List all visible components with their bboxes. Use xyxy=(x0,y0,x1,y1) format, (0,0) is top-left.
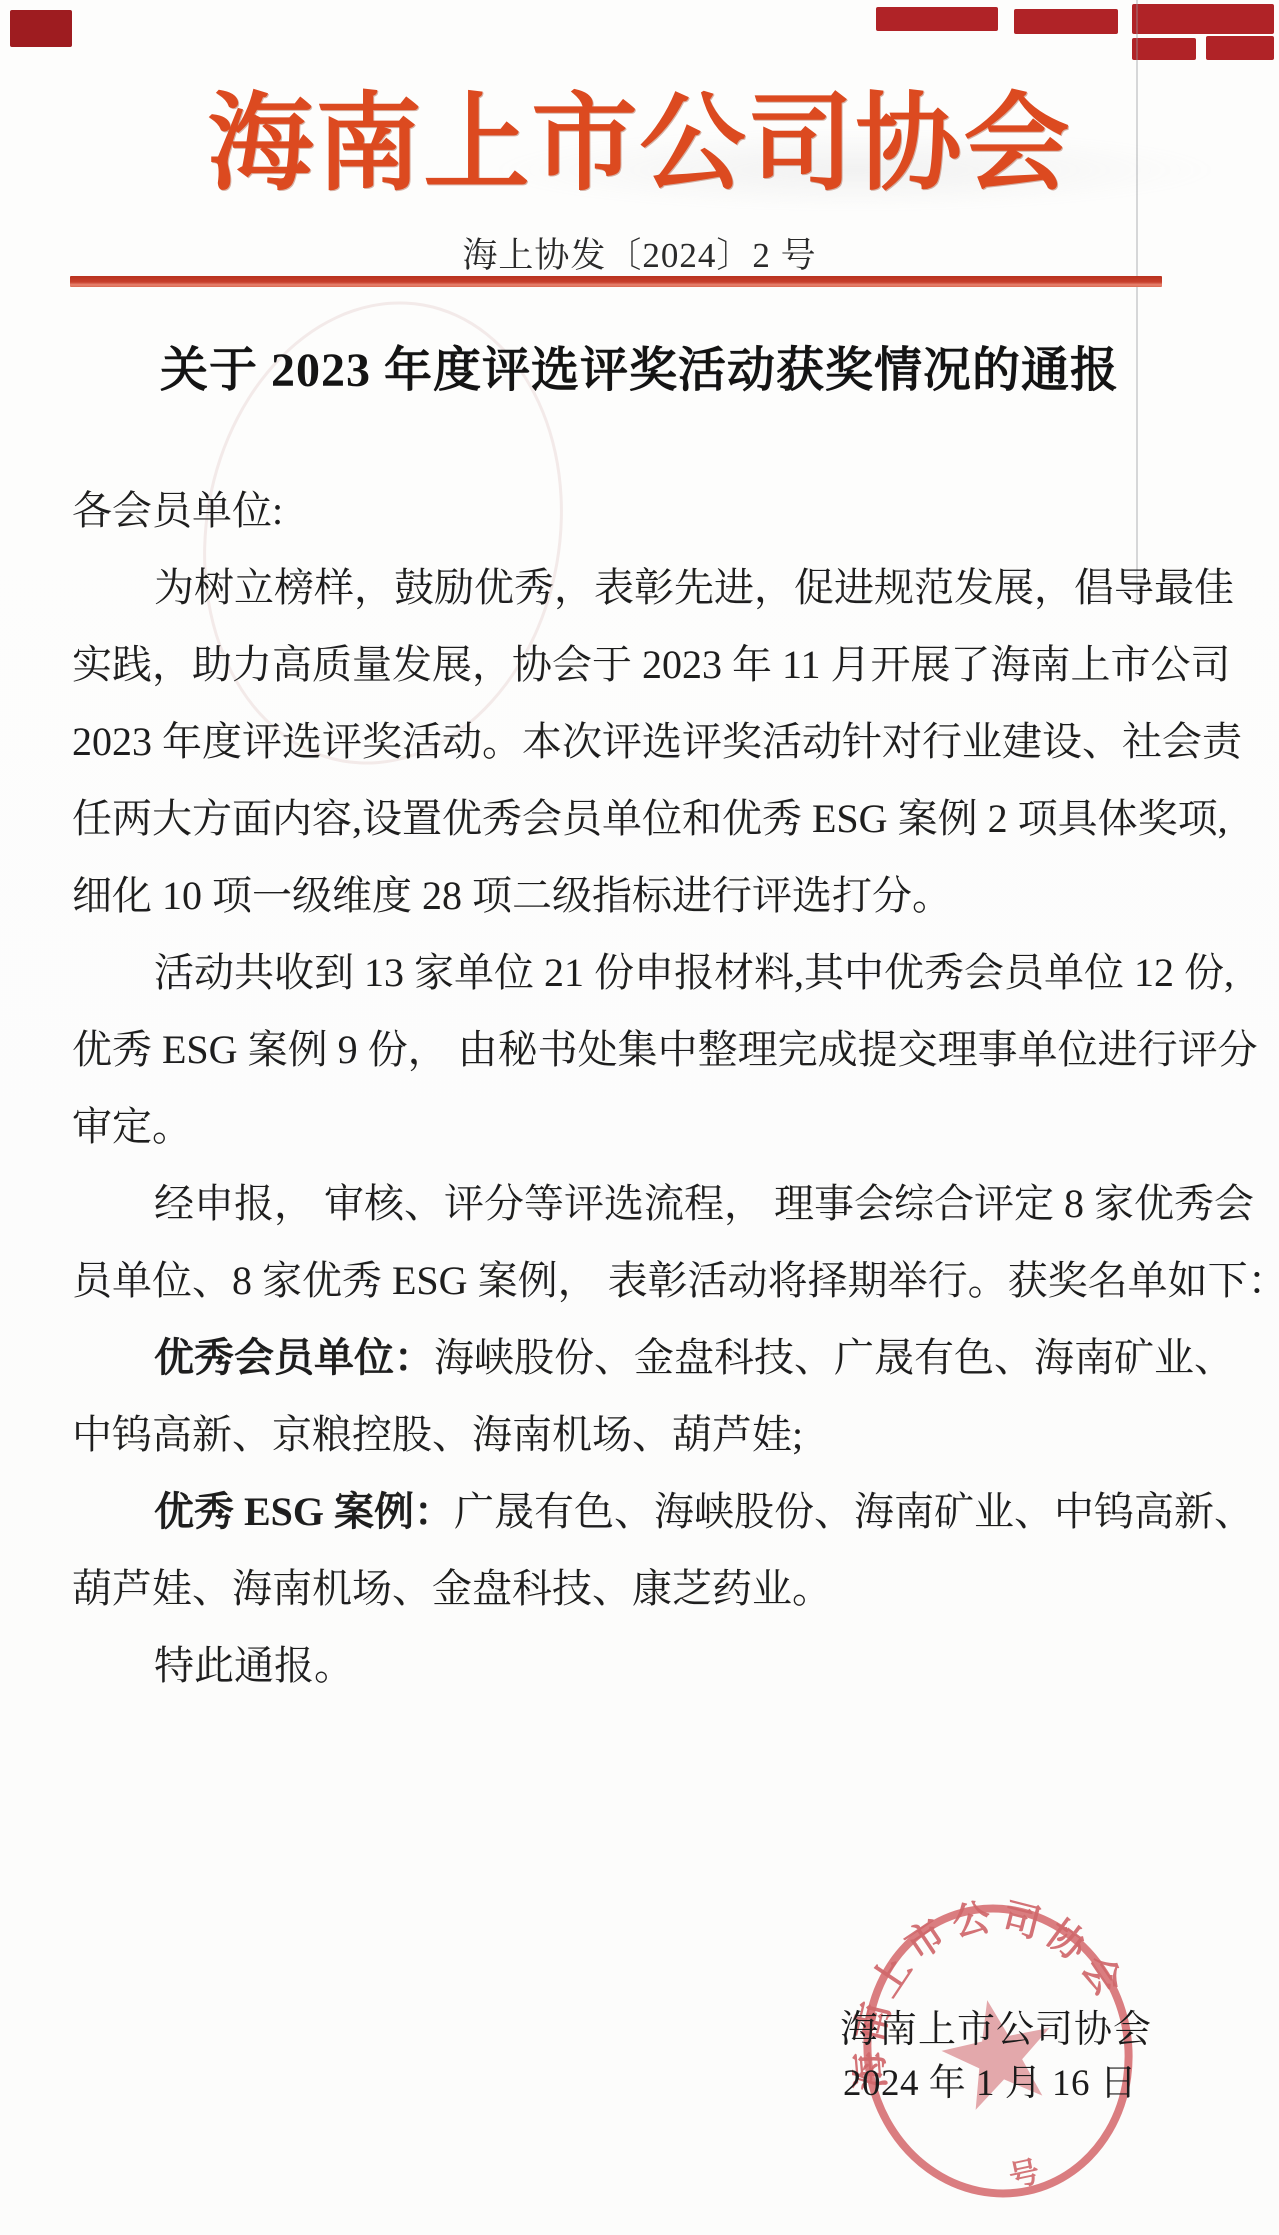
body-line: 优秀会员单位：海峡股份、金盘科技、广晟有色、海南矿业、 xyxy=(72,1335,1279,1381)
redaction-block-top-right-2 xyxy=(1014,9,1118,34)
redaction-block-top-right-5 xyxy=(1206,36,1274,60)
body-line: 活动共收到 13 家单位 21 份申报材料,其中优秀会员单位 12 份, xyxy=(72,950,1279,996)
org-title: 海南上市公司协会 xyxy=(0,84,1279,206)
body-line: 2023 年度评选评奖活动。本次评选评奖活动针对行业建设、社会责 xyxy=(72,719,1232,765)
body-line-text: 优秀 ESG 案例 9 份， 由秘书处集中整理完成提交理事单位进行评分 xyxy=(72,1027,1258,1072)
body-line-text: 任两大方面内容,设置优秀会员单位和优秀 ESG 案例 2 项具体奖项, xyxy=(72,796,1228,841)
body-line-text: 中钨高新、京粮控股、海南机场、葫芦娃; xyxy=(72,1412,803,1457)
body-line: 优秀 ESG 案例：广晟有色、海峡股份、海南矿业、中钨高新、 xyxy=(72,1489,1279,1535)
body-line: 经申报， 审核、评分等评选流程， 理事会综合评定 8 家优秀会 xyxy=(72,1181,1279,1227)
body-line-text: 为树立榜样，鼓励优秀，表彰先进，促进规范发展，倡导最佳 xyxy=(154,565,1234,610)
body-line-text: 海峡股份、金盘科技、广晟有色、海南矿业、 xyxy=(434,1335,1234,1380)
body-line: 审定。 xyxy=(72,1104,1232,1150)
signature-org: 海南上市公司协会 xyxy=(840,1998,1152,2053)
body-line-text: 实践，助力高质量发展，协会于 2023 年 11 月开展了海南上市公司 xyxy=(72,642,1231,687)
body-line: 中钨高新、京粮控股、海南机场、葫芦娃; xyxy=(72,1412,1232,1458)
signature-date: 2024 年 1 月 16 日 xyxy=(843,2052,1137,2106)
redaction-block-top-right-4 xyxy=(1132,38,1196,60)
body-line-text: 细化 10 项一级维度 28 项二级指标进行评选打分。 xyxy=(72,873,952,918)
body-line-lead: 优秀 ESG 案例： xyxy=(154,1489,454,1534)
body-line: 葫芦娃、海南机场、金盘科技、康芝药业。 xyxy=(72,1566,1232,1612)
body-line: 员单位、8 家优秀 ESG 案例， 表彰活动将择期举行。获奖名单如下： xyxy=(72,1258,1232,1304)
body-line: 优秀 ESG 案例 9 份， 由秘书处集中整理完成提交理事单位进行评分 xyxy=(72,1027,1232,1073)
body-line-text: 员单位、8 家优秀 ESG 案例， 表彰活动将择期举行。获奖名单如下： xyxy=(72,1258,1279,1303)
redaction-block-top-right-3 xyxy=(1132,4,1274,34)
body-line: 细化 10 项一级维度 28 项二级指标进行评选打分。 xyxy=(72,873,1232,919)
body-line: 各会员单位: xyxy=(72,488,1232,534)
body-line-text: 广晟有色、海峡股份、海南矿业、中钨高新、 xyxy=(454,1489,1254,1534)
redaction-block-top-left xyxy=(10,10,72,47)
body-line-text: 各会员单位: xyxy=(72,488,283,533)
document-page: 海南上市公司协会 海上协发〔2024〕2 号 关于 2023 年度评选评奖活动获… xyxy=(0,0,1279,2235)
body-line-text: 葫芦娃、海南机场、金盘科技、康芝药业。 xyxy=(72,1566,832,1611)
body-line-lead: 优秀会员单位： xyxy=(154,1335,434,1380)
body-line: 实践，助力高质量发展，协会于 2023 年 11 月开展了海南上市公司 xyxy=(72,642,1232,688)
body-line-text: 特此通报。 xyxy=(154,1643,354,1688)
notice-heading: 关于 2023 年度评选评奖活动获奖情况的通报 xyxy=(0,340,1279,402)
body-line-text: 经申报， 审核、评分等评选流程， 理事会综合评定 8 家优秀会 xyxy=(154,1181,1254,1226)
red-rule-divider xyxy=(70,276,1162,287)
doc-number: 海上协发〔2024〕2 号 xyxy=(0,228,1279,278)
body-line: 特此通报。 xyxy=(72,1643,1279,1689)
body-line-text: 2023 年度评选评奖活动。本次评选评奖活动针对行业建设、社会责 xyxy=(72,719,1242,764)
body-line-text: 活动共收到 13 家单位 21 份申报材料,其中优秀会员单位 12 份, xyxy=(154,950,1234,995)
redaction-block-top-right-1 xyxy=(876,7,998,31)
body-line-text: 审定。 xyxy=(72,1104,192,1149)
seal-bottom-text: 号 xyxy=(1006,2155,1042,2194)
body-line: 为树立榜样，鼓励优秀，表彰先进，促进规范发展，倡导最佳 xyxy=(72,565,1279,611)
body-line: 任两大方面内容,设置优秀会员单位和优秀 ESG 案例 2 项具体奖项, xyxy=(72,796,1232,842)
